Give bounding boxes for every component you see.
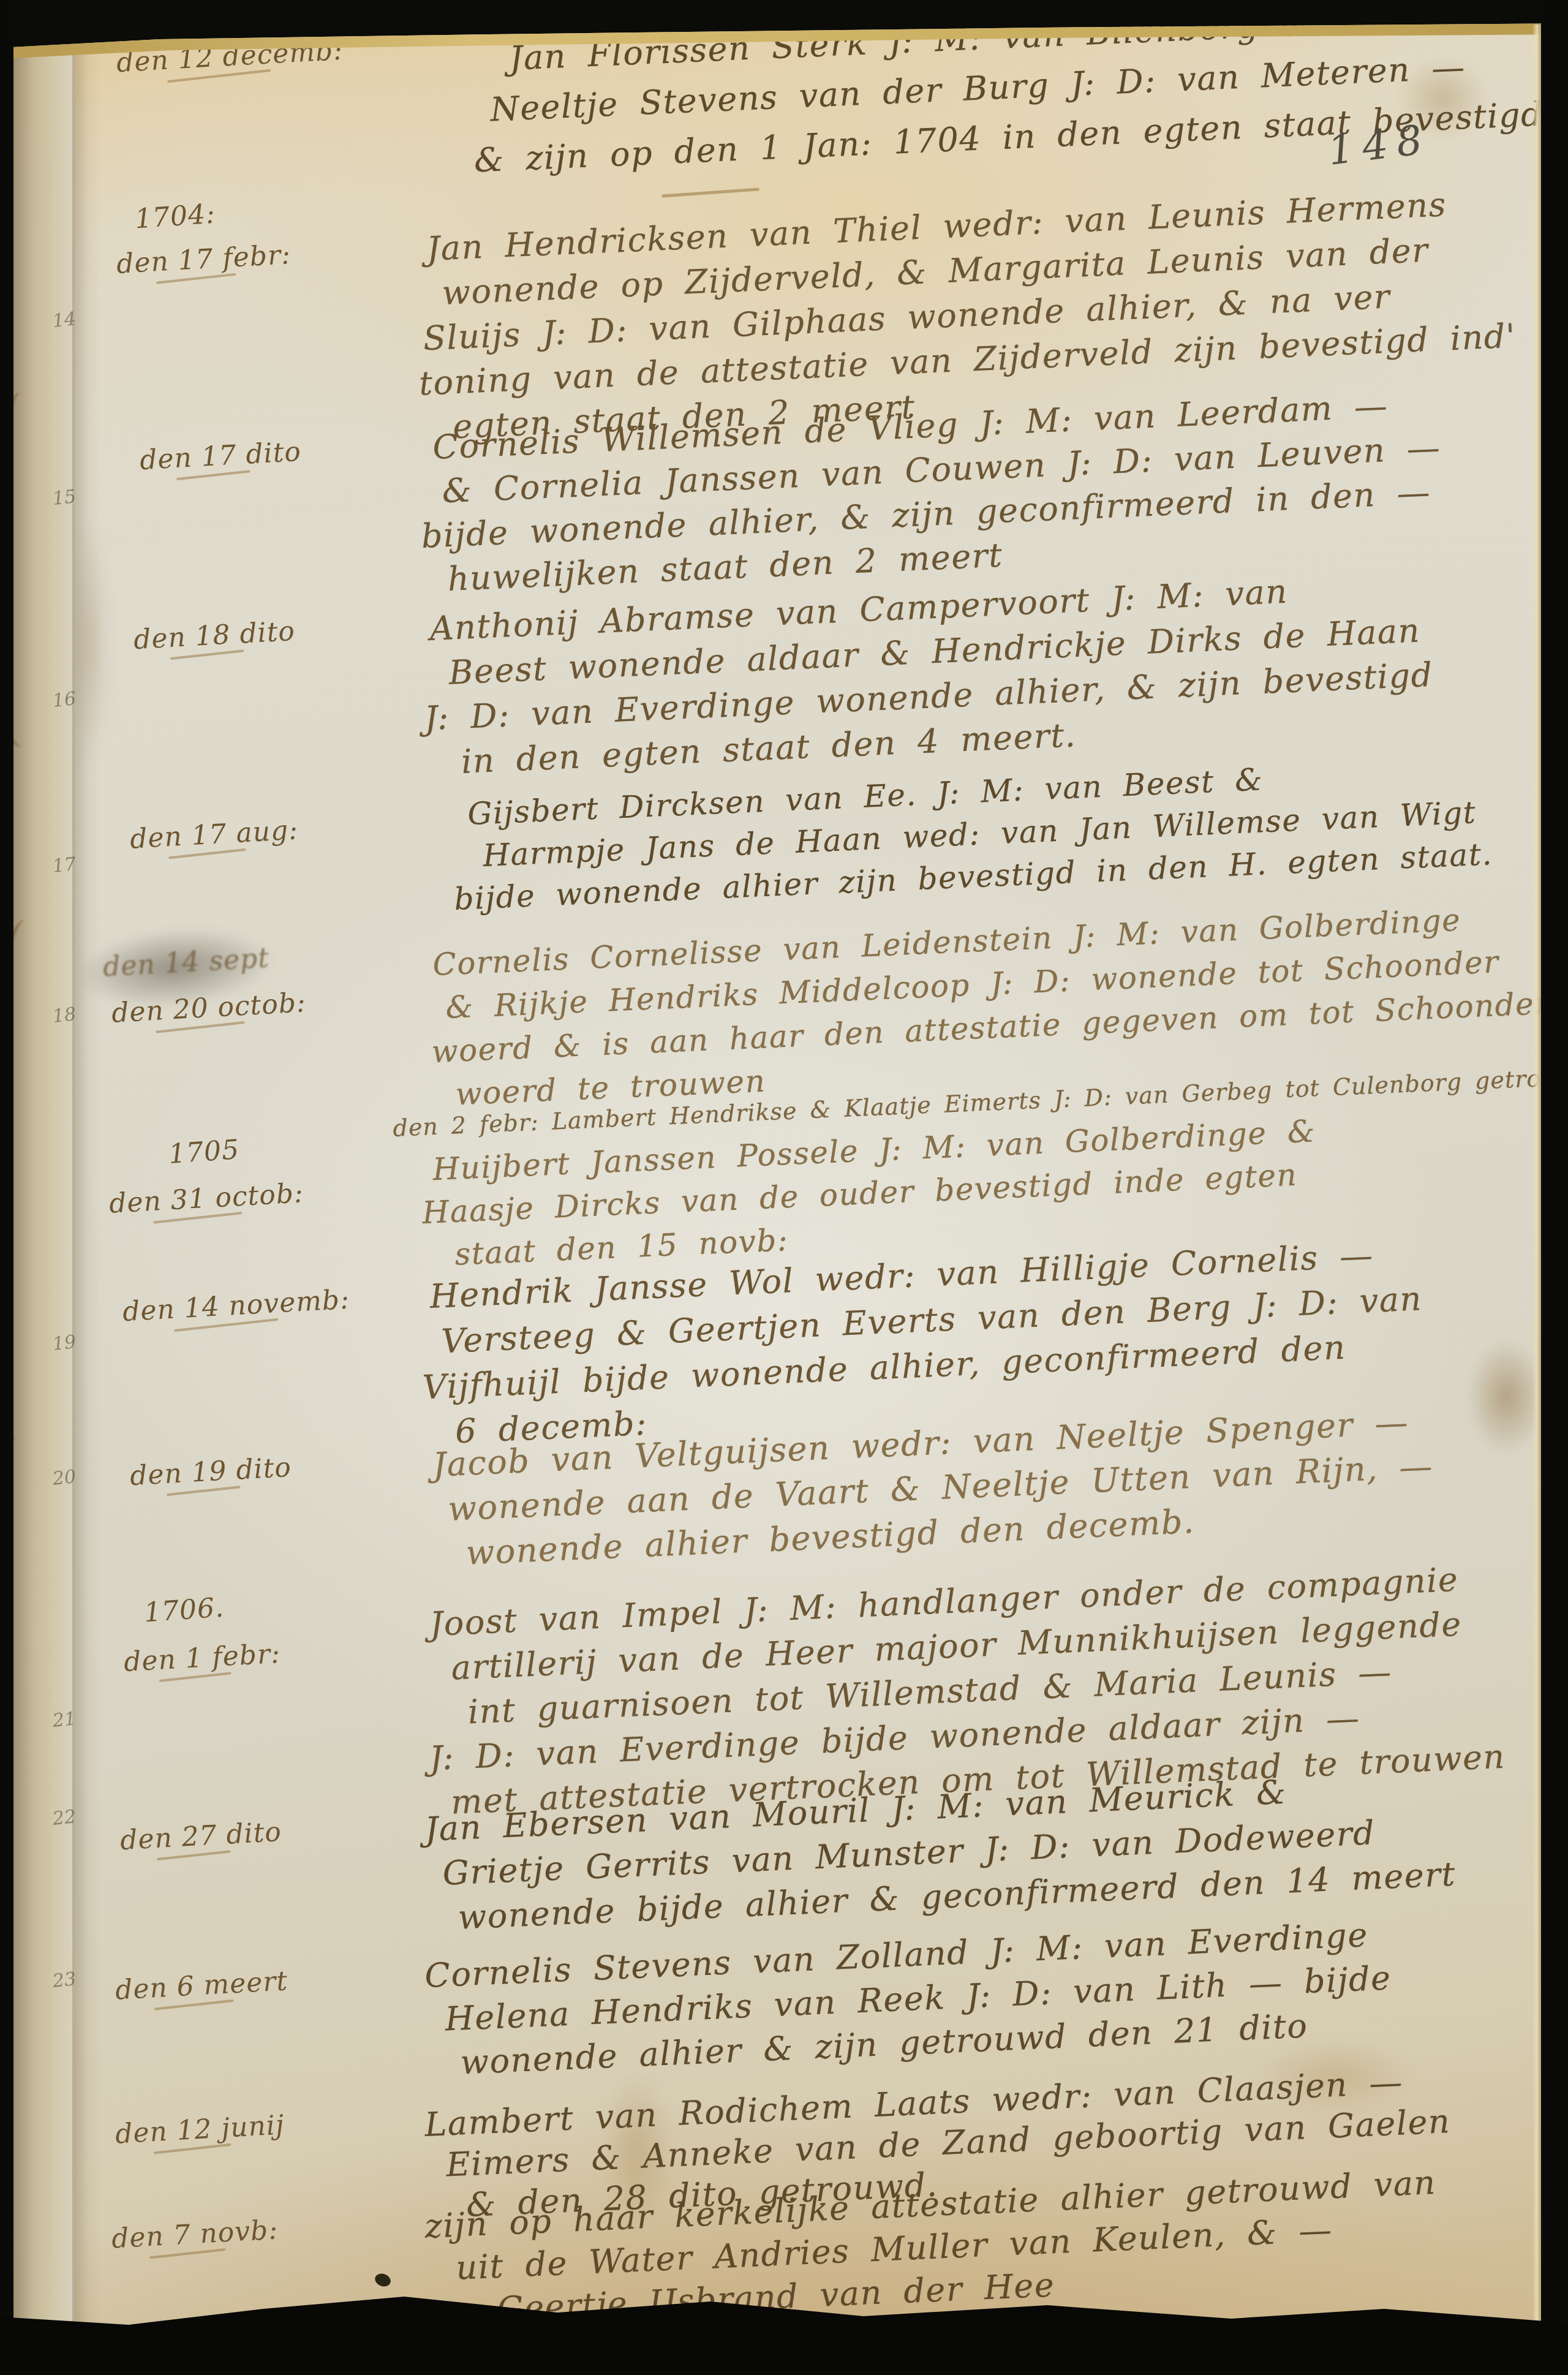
page-crease xyxy=(72,37,100,2365)
margin-entry-number: 18 xyxy=(51,1003,77,1027)
entry-year: 1705 xyxy=(167,1134,240,1170)
margin-entry-number: 17 xyxy=(51,853,77,877)
margin-entry-number: 23 xyxy=(51,1968,77,1992)
margin-entry-number: 22 xyxy=(51,1806,77,1830)
entry-year: 1704: xyxy=(134,198,216,235)
margin-entry-number: 19 xyxy=(51,1331,77,1355)
margin-entry-number: 21 xyxy=(51,1708,77,1732)
manuscript-scan: 148 14 15 16 17 18 19 20 21 22 23 den 12… xyxy=(0,0,1568,2375)
margin-entry-number: 14 xyxy=(51,308,77,332)
binding-previous-page-edge xyxy=(11,25,75,2375)
entry-year: 1706. xyxy=(143,1592,225,1628)
scan-right-border xyxy=(1541,0,1568,2375)
margin-entry-number: 15 xyxy=(51,486,77,510)
margin-entry-number: 20 xyxy=(51,1466,77,1490)
scan-left-border xyxy=(0,0,13,2375)
margin-entry-number: 16 xyxy=(51,688,77,712)
